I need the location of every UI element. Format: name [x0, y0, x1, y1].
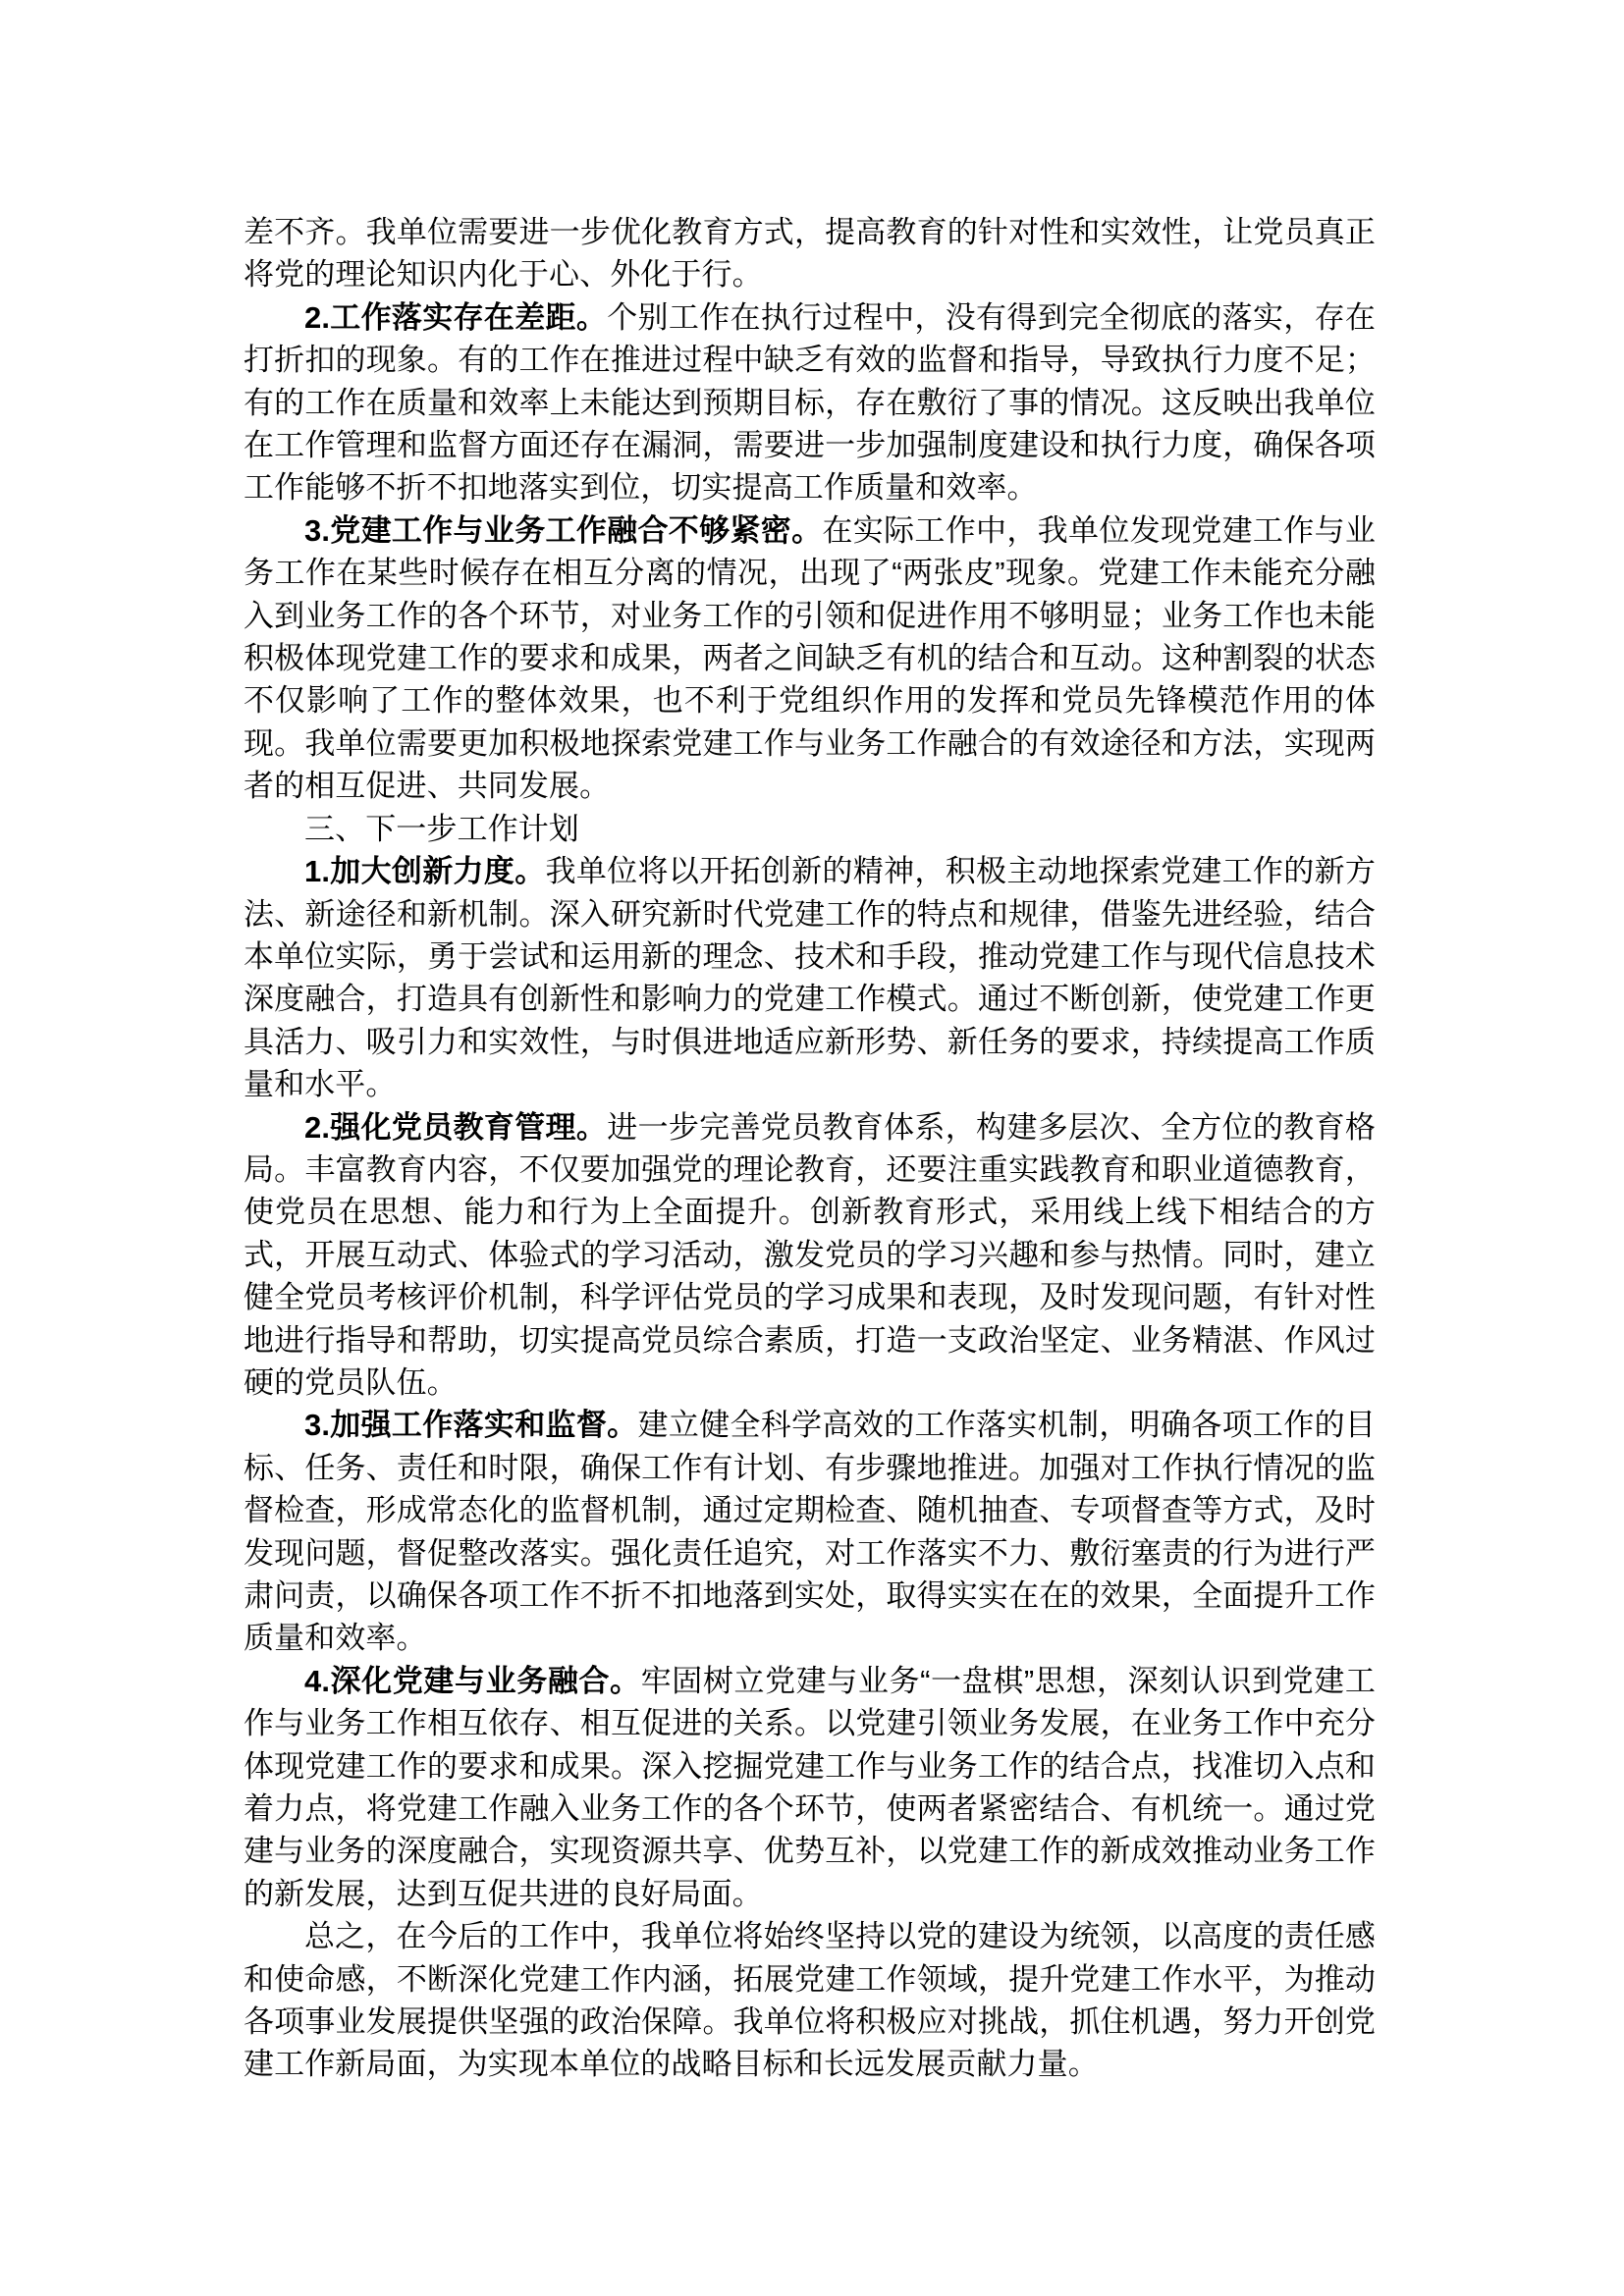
paragraph-item-3-integration: 3.党建工作与业务工作融合不够紧密。在实际工作中，我单位发现党建工作与业务工作在…: [244, 509, 1376, 808]
paragraph-text: 总之，在今后的工作中，我单位将始终坚持以党的建设为统领，以高度的责任感和使命感，…: [244, 1919, 1376, 2081]
section-heading-next-steps: 三、下一步工作计划: [244, 808, 1376, 850]
paragraph-plan-1-innovation: 1.加大创新力度。我单位将以开拓创新的精神，积极主动地探索党建工作的新方法、新途…: [244, 850, 1376, 1105]
paragraph-lead: 1.加大创新力度。: [304, 854, 546, 888]
paragraph-lead: 2.工作落实存在差距。: [304, 300, 607, 335]
paragraph-text: 进一步完善党员教育体系，构建多层次、全方位的教育格局。丰富教育内容，不仅要加强党…: [244, 1110, 1376, 1400]
paragraph-plan-2-education: 2.强化党员教育管理。进一步完善党员教育体系，构建多层次、全方位的教育格局。丰富…: [244, 1106, 1376, 1405]
paragraph-continuation: 差不齐。我单位需要进一步优化教育方式，提高教育的针对性和实效性，让党员真正将党的…: [244, 211, 1376, 296]
paragraph-lead: 3.党建工作与业务工作融合不够紧密。: [304, 513, 822, 548]
paragraph-text: 牢固树立党建与业务“一盘棋”思想，深刻认识到党建工作与业务工作相互依存、相互促进…: [244, 1664, 1376, 1911]
paragraph-lead: 4.深化党建与业务融合。: [304, 1664, 641, 1698]
paragraph-text: 我单位将以开拓创新的精神，积极主动地探索党建工作的新方法、新途径和新机制。深入研…: [244, 854, 1376, 1101]
paragraph-item-2-work-gap: 2.工作落实存在差距。个别工作在执行过程中，没有得到完全彻底的落实，存在打折扣的…: [244, 296, 1376, 509]
paragraph-conclusion: 总之，在今后的工作中，我单位将始终坚持以党的建设为统领，以高度的责任感和使命感，…: [244, 1915, 1376, 2086]
paragraph-lead: 3.加强工作落实和监督。: [304, 1408, 638, 1442]
paragraph-text: 差不齐。我单位需要进一步优化教育方式，提高教育的针对性和实效性，让党员真正将党的…: [244, 215, 1376, 292]
document-content: 差不齐。我单位需要进一步优化教育方式，提高教育的针对性和实效性，让党员真正将党的…: [244, 211, 1376, 2086]
paragraph-text: 建立健全科学高效的工作落实机制，明确各项工作的目标、任务、责任和时限，确保工作有…: [244, 1408, 1376, 1655]
paragraph-plan-3-supervision: 3.加强工作落实和监督。建立健全科学高效的工作落实机制，明确各项工作的目标、任务…: [244, 1404, 1376, 1659]
paragraph-text: 在实际工作中，我单位发现党建工作与业务工作在某些时候存在相互分离的情况，出现了“…: [244, 513, 1376, 803]
paragraph-lead: 2.强化党员教育管理。: [304, 1110, 607, 1145]
document-page: 差不齐。我单位需要进一步优化教育方式，提高教育的针对性和实效性，让党员真正将党的…: [0, 0, 1624, 2296]
paragraph-plan-4-fusion: 4.深化党建与业务融合。牢固树立党建与业务“一盘棋”思想，深刻认识到党建工作与业…: [244, 1660, 1376, 1915]
section-heading-text: 三、下一步工作计划: [304, 812, 579, 846]
